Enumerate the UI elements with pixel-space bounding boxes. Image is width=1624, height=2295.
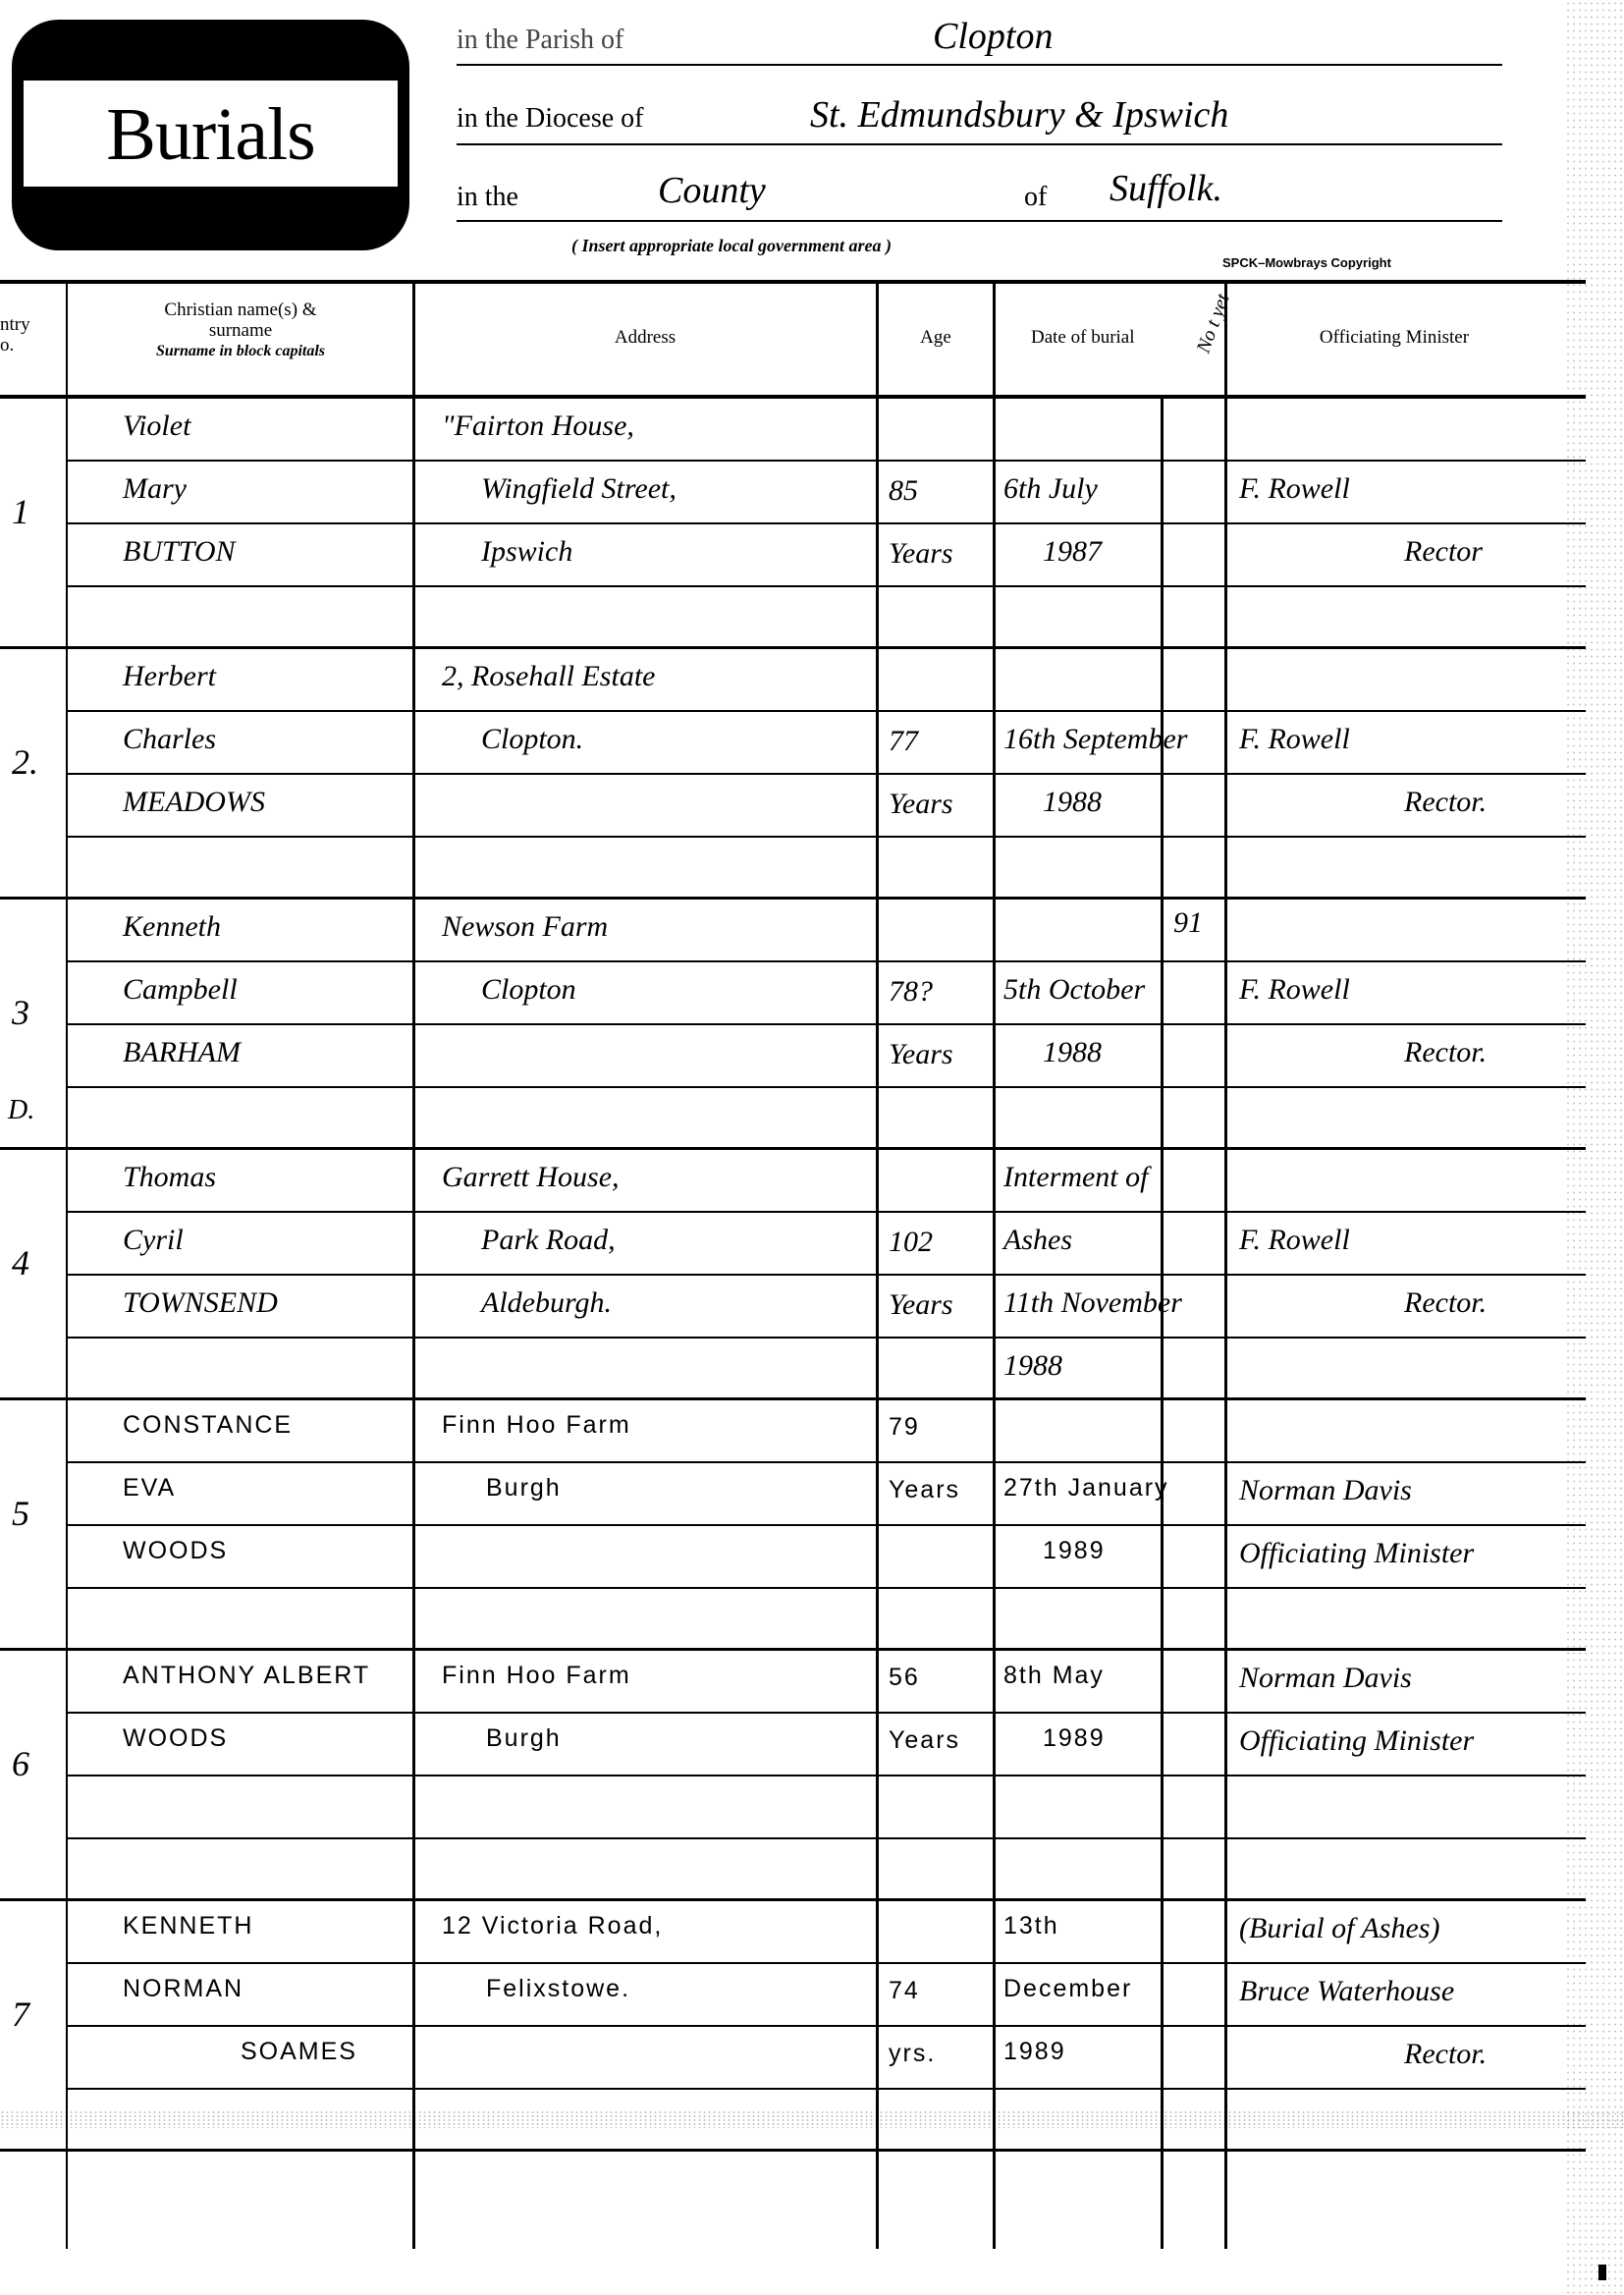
minister-line: Norman Davis [1239, 1474, 1412, 1507]
scan-noise-bottom [0, 2110, 1624, 2128]
minister-line: F. Rowell [1239, 472, 1350, 506]
entry-border [0, 1397, 1586, 1400]
title-box-bottom-bar [12, 187, 409, 250]
sub-row-line [67, 2025, 1586, 2027]
entry-border [0, 396, 1586, 399]
age-line: Years [889, 1476, 960, 1504]
address-line: Newson Farm [442, 910, 608, 944]
sub-row-line [67, 1274, 1586, 1276]
copyright-note: SPCK–Mowbrays Copyright [1222, 255, 1391, 270]
entry-border [0, 1147, 1586, 1150]
date-line: 1989 [1043, 1724, 1106, 1753]
register-title-box: Burials [12, 20, 409, 231]
address-line: Park Road, [481, 1224, 616, 1257]
date-line: Interment of [1003, 1161, 1148, 1194]
page-mark [1598, 2265, 1606, 2280]
sub-row-line [67, 460, 1586, 462]
address-line: Wingfield Street, [481, 472, 677, 506]
sub-row-line [67, 773, 1586, 775]
col-head-entry: ntry o. [0, 314, 39, 355]
col-head-name: Christian name(s) & surname Surname in b… [69, 300, 412, 361]
age-line: 102 [889, 1226, 933, 1259]
col-divider-date [1224, 280, 1227, 2249]
sub-row-line [67, 522, 1586, 524]
of-label: of [1024, 182, 1047, 213]
name-line: EVA [123, 1474, 176, 1503]
name-line: BARHAM [123, 1036, 241, 1069]
diocese-label: in the Diocese of [457, 103, 644, 135]
age-line: 79 [889, 1413, 920, 1442]
parish-line [457, 64, 1502, 66]
sub-row-line [67, 1587, 1586, 1589]
minister-line: Rector. [1404, 1286, 1487, 1320]
col-head-minister: Officiating Minister [1227, 327, 1561, 348]
address-line: Burgh [486, 1474, 562, 1503]
minister-line: Rector. [1404, 1036, 1487, 1069]
col-head-name-line1: Christian name(s) & [69, 300, 412, 320]
of-value: Suffolk. [1110, 167, 1222, 210]
age-line: 85 [889, 474, 918, 508]
name-line: Campbell [123, 973, 238, 1007]
age-line: Years [889, 788, 953, 821]
area-hint: ( Insert appropriate local government ar… [571, 236, 892, 256]
address-line: Burgh [486, 1724, 562, 1753]
date-line: 11th November [1003, 1286, 1182, 1320]
name-line: CONSTANCE [123, 1411, 293, 1440]
name-line: KENNETH [123, 1912, 253, 1940]
age-line: 77 [889, 725, 918, 758]
age-line: Years [889, 537, 953, 571]
sub-row-line [67, 836, 1586, 838]
date-line: 16th September [1003, 723, 1187, 756]
col-head-address: Address [414, 327, 876, 348]
col-head-age: Age [878, 327, 994, 348]
minister-line: Norman Davis [1239, 1662, 1412, 1695]
age-line: 56 [889, 1664, 920, 1692]
sub-row-line [67, 710, 1586, 712]
name-line: NORMAN [123, 1975, 244, 2003]
col-head-name-line2: surname [69, 320, 412, 341]
age-line: yrs. [889, 2040, 936, 2068]
entry-number: 2. [12, 741, 38, 783]
entry-border [0, 897, 1586, 900]
entry-border [0, 1648, 1586, 1651]
entry-number: 4 [12, 1242, 29, 1284]
date-line: 27th January [1003, 1474, 1169, 1503]
register-title: Burials [12, 90, 409, 179]
sub-row-line [67, 1211, 1586, 1213]
entry-number: 7 [12, 1994, 29, 2035]
date-line: 1989 [1043, 1537, 1106, 1565]
sub-row-line [67, 585, 1586, 587]
col-divider-entry [66, 280, 68, 2249]
name-line: Herbert [123, 660, 216, 693]
address-line: Finn Hoo Farm [442, 1411, 631, 1440]
date-line: 1987 [1043, 535, 1102, 569]
name-line: MEADOWS [123, 786, 265, 819]
sub-row-line [67, 2088, 1586, 2090]
address-line: Clopton [481, 973, 576, 1007]
name-line: Violet [123, 410, 190, 443]
entry-margin-mark: D. [8, 1095, 34, 1126]
entry-border [0, 1898, 1586, 1901]
name-line: Charles [123, 723, 216, 756]
name-line: WOODS [123, 1724, 228, 1753]
minister-line: Officiating Minister [1239, 1724, 1474, 1758]
address-line: Finn Hoo Farm [442, 1662, 631, 1690]
area-label: in the [457, 182, 518, 213]
entry-border [0, 646, 1586, 649]
minister-line: F. Rowell [1239, 723, 1350, 756]
table-top-border [0, 280, 1586, 284]
sub-row-line [67, 1962, 1586, 1964]
col-divider-address [876, 280, 879, 2249]
address-line: "Fairton House, [442, 410, 634, 443]
date-side-note: 91 [1173, 906, 1203, 940]
area-value: County [658, 169, 766, 212]
date-line: 13th [1003, 1912, 1059, 1940]
name-line: Mary [123, 472, 187, 506]
entry-number: 5 [12, 1493, 29, 1534]
name-line: ANTHONY ALBERT [123, 1662, 370, 1690]
minister-line: Bruce Waterhouse [1239, 1975, 1454, 2008]
col-divider-age [993, 280, 996, 2249]
parish-label: in the Parish of [457, 25, 623, 56]
date-line: 1989 [1003, 2038, 1066, 2066]
name-line: Thomas [123, 1161, 216, 1194]
age-line: Years [889, 1726, 960, 1755]
date-line: 1988 [1043, 786, 1102, 819]
sub-row-line [67, 1775, 1586, 1776]
name-line: TOWNSEND [123, 1286, 278, 1320]
name-line: Cyril [123, 1224, 184, 1257]
address-line: 12 Victoria Road, [442, 1912, 663, 1940]
diocese-value: St. Edmundsbury & Ipswich [810, 93, 1228, 137]
entry-border [0, 2149, 1586, 2152]
address-line: 2, Rosehall Estate [442, 660, 655, 693]
sub-row-line [67, 1086, 1586, 1088]
sub-row-line [67, 1337, 1586, 1339]
name-line: SOAMES [241, 2038, 357, 2066]
date-line: 1988 [1043, 1036, 1102, 1069]
minister-line: Rector [1404, 535, 1483, 569]
age-line: 74 [889, 1977, 920, 2005]
minister-line: Rector. [1404, 786, 1487, 819]
minister-line: (Burial of Ashes) [1239, 1912, 1439, 1945]
col-head-name-hint: Surname in block capitals [69, 341, 412, 361]
age-line: Years [889, 1288, 953, 1322]
date-line: 6th July [1003, 472, 1098, 506]
col-divider-date-inner [1161, 398, 1164, 2249]
entry-number: 3 [12, 992, 29, 1033]
date-line: Ashes [1003, 1224, 1072, 1257]
minister-line: F. Rowell [1239, 1224, 1350, 1257]
minister-line: F. Rowell [1239, 973, 1350, 1007]
address-line: Garrett House, [442, 1161, 620, 1194]
sub-row-line [67, 1712, 1586, 1714]
diocese-line [457, 143, 1502, 145]
sub-row-line [67, 960, 1586, 962]
entry-number: 6 [12, 1743, 29, 1784]
entry-number: 1 [12, 491, 29, 532]
age-line: Years [889, 1038, 953, 1071]
col-divider-name [412, 280, 415, 2249]
title-box-top-bar [12, 20, 409, 81]
minister-line: Officiating Minister [1239, 1537, 1474, 1570]
date-line: 1988 [1003, 1349, 1062, 1383]
minister-line: Rector. [1404, 2038, 1487, 2071]
area-line [457, 220, 1502, 222]
col-head-entry-line2: o. [0, 335, 39, 355]
date-line: December [1003, 1975, 1132, 2003]
parish-value: Clopton [933, 15, 1053, 58]
date-line: 5th October [1003, 973, 1145, 1007]
sub-row-line [67, 1837, 1586, 1839]
address-line: Aldeburgh. [481, 1286, 612, 1320]
date-line: 8th May [1003, 1662, 1105, 1690]
address-line: Clopton. [481, 723, 583, 756]
sub-row-line [67, 1023, 1586, 1025]
sub-row-line [67, 1461, 1586, 1463]
sub-row-line [67, 1524, 1586, 1526]
name-line: BUTTON [123, 535, 236, 569]
address-line: Ipswich [481, 535, 572, 569]
name-line: WOODS [123, 1537, 228, 1565]
address-line: Felixstowe. [486, 1975, 630, 2003]
col-head-entry-line1: ntry [0, 314, 39, 335]
age-line: 78? [889, 975, 933, 1009]
name-line: Kenneth [123, 910, 221, 944]
